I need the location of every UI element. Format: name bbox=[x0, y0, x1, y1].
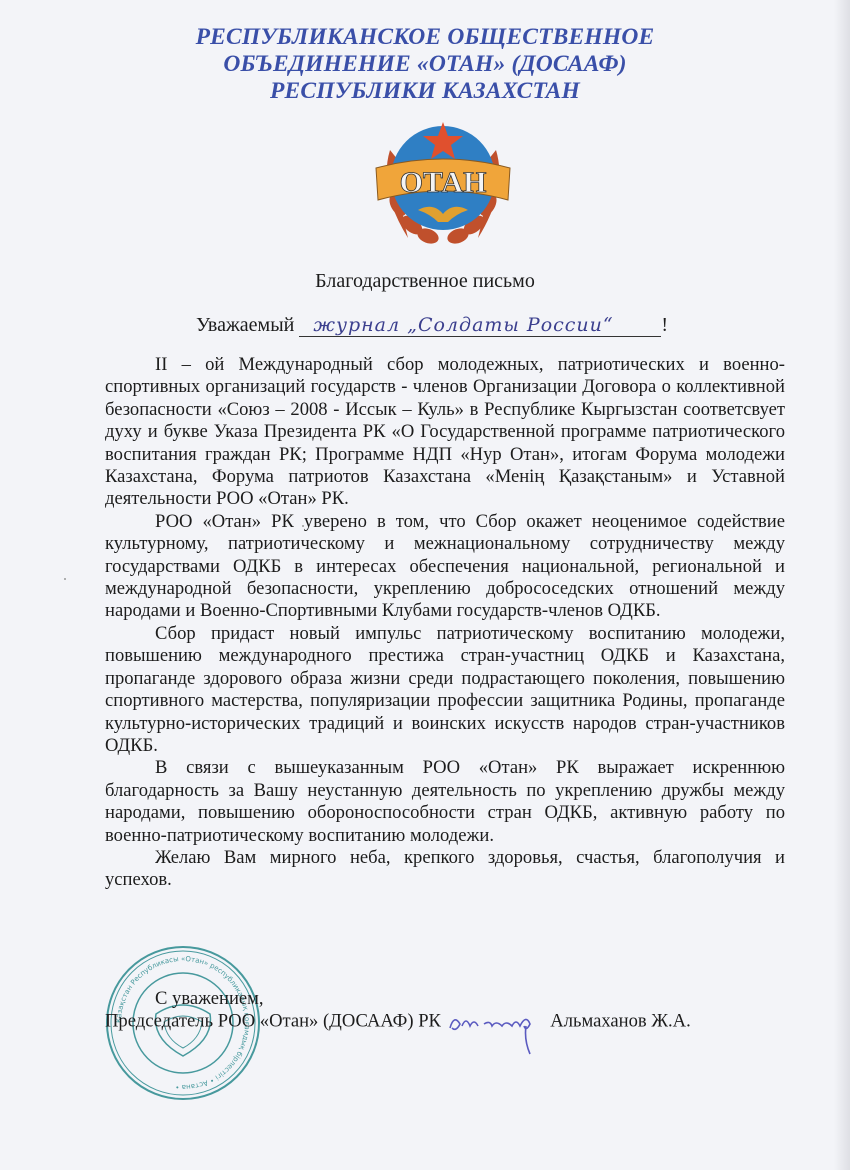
svg-text:ОТАН: ОТАН bbox=[400, 166, 487, 199]
signer-name: Альмаханов Ж.А. bbox=[550, 1011, 690, 1032]
closing-phrase: С уважением, bbox=[105, 988, 691, 1010]
otan-emblem-icon: ОТАН bbox=[368, 110, 518, 252]
salutation-prefix: Уважаемый bbox=[196, 314, 294, 336]
paragraph-2: РОО «Отан» РК уверено в том, что Сбор ок… bbox=[105, 511, 785, 623]
salutation: Уважаемый журнал „Солдаты России“! bbox=[196, 314, 668, 337]
letter-body: II – ой Международный сбор молодежных, п… bbox=[105, 354, 785, 892]
letter-page: РЕСПУБЛИКАНСКОЕ ОБЩЕСТВЕННОЕ ОБЪЕДИНЕНИЕ… bbox=[0, 0, 850, 1170]
scan-speck bbox=[302, 525, 304, 527]
handwritten-signature-icon bbox=[446, 1010, 546, 1034]
scan-speck bbox=[64, 578, 66, 580]
closing-block: С уважением, Председатель РОО «Отан» (ДО… bbox=[105, 988, 691, 1034]
letter-title: Благодарственное письмо bbox=[0, 270, 850, 293]
handwritten-addressee: журнал „Солдаты России“ bbox=[299, 314, 661, 337]
paragraph-1: II – ой Международный сбор молодежных, п… bbox=[105, 354, 785, 511]
org-line-2: ОБЪЕДИНЕНИЕ «ОТАН» (ДОСААФ) bbox=[0, 51, 850, 78]
org-line-1: РЕСПУБЛИКАНСКОЕ ОБЩЕСТВЕННОЕ bbox=[0, 24, 850, 51]
paragraph-4: В связи с вышеуказанным РОО «Отан» РК вы… bbox=[105, 757, 785, 847]
paragraph-5: Желаю Вам мирного неба, крепкого здоровь… bbox=[105, 847, 785, 892]
page-edge-shadow bbox=[834, 0, 850, 1170]
org-line-3: РЕСПУБЛИКИ КАЗАХСТАН bbox=[0, 78, 850, 105]
signer-title: Председатель РОО «Отан» (ДОСААФ) РК bbox=[105, 1011, 441, 1032]
salutation-suffix: ! bbox=[661, 314, 668, 336]
signature-line: Председатель РОО «Отан» (ДОСААФ) РК Альм… bbox=[105, 1010, 691, 1034]
organization-header: РЕСПУБЛИКАНСКОЕ ОБЩЕСТВЕННОЕ ОБЪЕДИНЕНИЕ… bbox=[0, 24, 850, 105]
paragraph-3: Сбор придаст новый импульс патриотическо… bbox=[105, 623, 785, 757]
